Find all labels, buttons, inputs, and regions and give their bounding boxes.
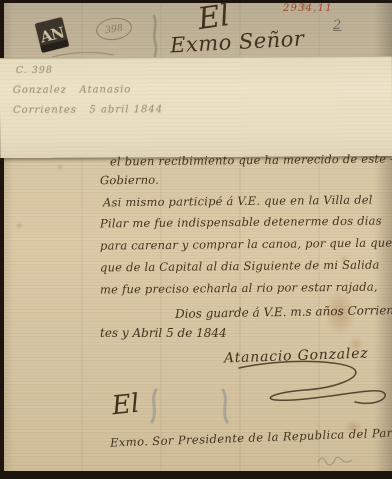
signature-flourish — [235, 358, 390, 410]
slip-author-name: Gonzalez Atanasio — [13, 84, 131, 96]
slip-code: C. 398 — [16, 65, 53, 76]
address-article: El — [111, 389, 141, 422]
body-line: el buen recibimiento que ha merecido de … — [110, 151, 392, 168]
document-scan: AN 398 El Exmo Señor 2934,11 2 C. 398 Go… — [0, 0, 392, 479]
body-line: que de la Capital al dia Siguiente de mi… — [100, 258, 380, 275]
accession-number-red: 2934,11 — [283, 3, 333, 14]
body-line: me fue preciso echarla al rio por estar … — [100, 280, 378, 297]
slip-place-date: Corrientes 5 abril 1844 — [13, 104, 163, 116]
folio-number-pencil: 2 — [333, 18, 341, 33]
archive-monogram-letters: AN — [38, 23, 65, 46]
ink-showthrough-mark — [148, 388, 160, 424]
catalog-slip: C. 398 Gonzalez Atanasio Corrientes 5 ab… — [0, 56, 392, 158]
oval-stamp-number: 398 — [104, 22, 123, 35]
body-line: Gobierno. — [100, 173, 159, 188]
pencil-mark — [316, 452, 356, 468]
ink-smudge-mark — [149, 14, 161, 62]
body-line: Pilar me fue indispensable detenerme dos… — [100, 214, 382, 231]
closing-line: tes y Abril 5 de 1844 — [100, 326, 227, 340]
body-line: Asi mismo participé á V.E. que en la Vil… — [103, 193, 373, 210]
ink-showthrough-mark — [220, 388, 232, 424]
